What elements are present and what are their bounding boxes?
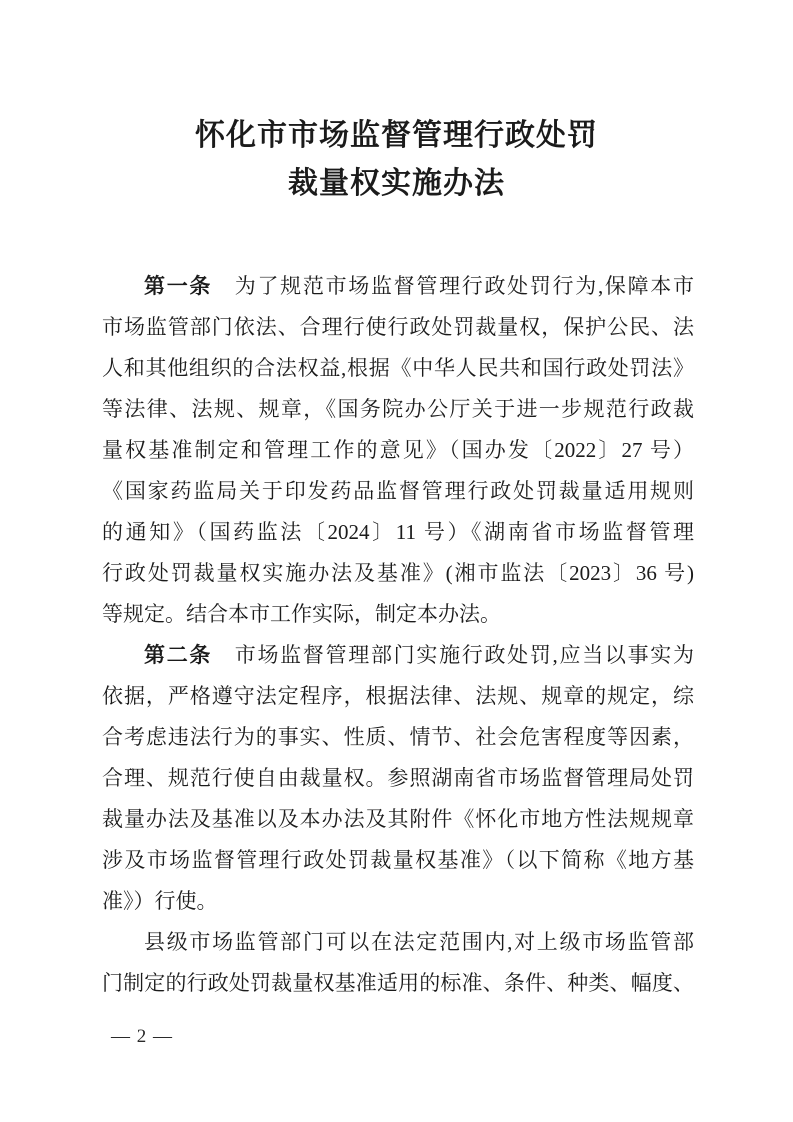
body-line: 等法律、法规、规章，《国务院办公厅关于进一步规范行政裁 <box>102 389 694 430</box>
document-body: 第一条 为了规范市场监督管理行政处罚行为,保障本市市场监管部门依法、合理行使行政… <box>102 266 694 1004</box>
article-number: 第二条 <box>144 644 212 667</box>
body-line: 行政处罚裁量权实施办法及基准》(湘市监法〔2023〕36 号) <box>102 553 694 594</box>
document-page: 怀化市市场监督管理行政处罚 裁量权实施办法 第一条 为了规范市场监督管理行政处罚… <box>0 0 793 1122</box>
body-line: 量权基准制定和管理工作的意见》（国办发〔2022〕27 号） <box>102 430 694 471</box>
body-line: 裁量办法及基准以及本办法及其附件《怀化市地方性法规规章 <box>102 799 694 840</box>
page-number: — 2 — <box>111 1026 173 1048</box>
document-title-line-2: 裁量权实施办法 <box>0 160 793 208</box>
body-line: 合考虑违法行为的事实、性质、情节、社会危害程度等因素， <box>102 717 694 758</box>
body-line: 《国家药监局关于印发药品监督管理行政处罚裁量适用规则 <box>102 471 694 512</box>
body-line: 人和其他组织的合法权益,根据《中华人民共和国行政处罚法》 <box>102 348 694 389</box>
body-line: 市场监管部门依法、合理行使行政处罚裁量权，保护公民、法 <box>102 307 694 348</box>
body-line: 合理、规范行使自由裁量权。参照湖南省市场监督管理局处罚 <box>102 758 694 799</box>
body-line: 涉及市场监督管理行政处罚裁量权基准》（以下简称《地方基 <box>102 840 694 881</box>
body-line: 县级市场监管部门可以在法定范围内,对上级市场监管部 <box>102 922 694 963</box>
document-title-line-1: 怀化市市场监督管理行政处罚 <box>0 112 793 160</box>
body-line: 的通知》（国药监法〔2024〕11 号）《湖南省市场监督管理 <box>102 512 694 553</box>
article-number: 第一条 <box>144 275 212 298</box>
body-line: 等规定。结合本市工作实际，制定本办法。 <box>102 594 694 635</box>
body-line: 第一条 为了规范市场监督管理行政处罚行为,保障本市 <box>102 266 694 307</box>
body-line: 第二条 市场监督管理部门实施行政处罚,应当以事实为 <box>102 635 694 676</box>
document-title: 怀化市市场监督管理行政处罚 裁量权实施办法 <box>0 0 793 208</box>
body-line: 门制定的行政处罚裁量权基准适用的标准、条件、种类、幅度、 <box>102 963 694 1004</box>
body-line: 依据，严格遵守法定程序，根据法律、法规、规章的规定，综 <box>102 676 694 717</box>
body-line: 准》）行使。 <box>102 881 694 922</box>
